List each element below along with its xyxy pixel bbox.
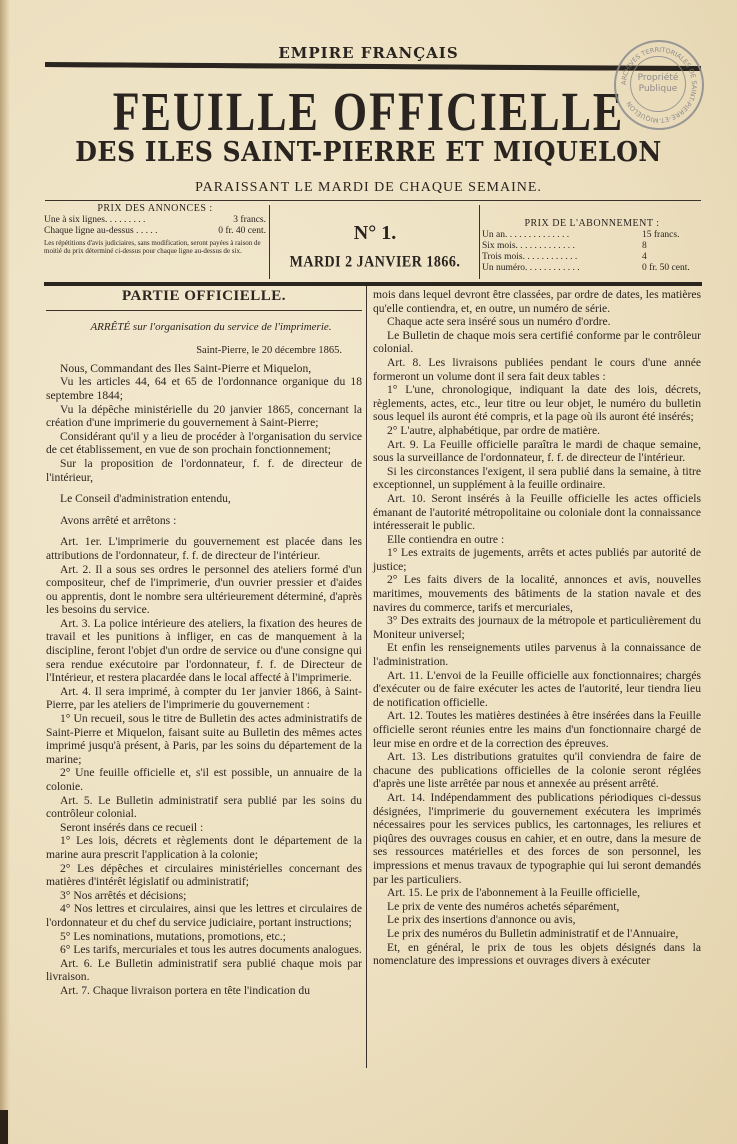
article-9: Art. 9. La Feuille officielle paraîtra l… xyxy=(373,438,701,465)
paragraph: 1° Un recueil, sous le titre de Bulletin… xyxy=(46,712,362,766)
box-divider xyxy=(479,205,480,279)
paragraph: 2° Les faits divers de la localité, anno… xyxy=(373,573,701,614)
section-title: PARTIE OFFICIELLE. xyxy=(46,288,362,311)
paragraph: 2° Une feuille officielle et, s'il est p… xyxy=(46,766,362,793)
abonnement-row: Six mois. . . . . . . . . . . . .8 xyxy=(482,241,702,252)
paragraph: Nous, Commandant des Iles Saint-Pierre e… xyxy=(46,362,362,376)
article-4: Art. 4. Il sera imprimé, à compter du 1e… xyxy=(46,685,362,712)
article-11: Art. 11. L'envoi de la Feuille officiell… xyxy=(373,669,701,710)
annonces-note: Les répétitions d'avis judiciaires, sans… xyxy=(44,239,266,255)
paragraph: Le prix des numéros du Bulletin administ… xyxy=(373,927,701,941)
article-15: Art. 15. Le prix de l'abonnement à la Fe… xyxy=(373,886,701,900)
paragraph: 6° Les tarifs, mercuriales et tous les a… xyxy=(46,943,362,957)
article-14: Art. 14. Indépendamment des publications… xyxy=(373,791,701,886)
paragraph: Le Bulletin de chaque mois sera certifié… xyxy=(373,329,701,356)
paragraph: 3° Des extraits des journaux de la métro… xyxy=(373,614,701,641)
paragraph: Chaque acte sera inséré sous un numéro d… xyxy=(373,315,701,329)
issue-info: N° 1. MARDI 2 JANVIER 1866. xyxy=(272,222,478,271)
newspaper-page: EMPIRE FRANÇAIS FEUILLE OFFICIELLE DES I… xyxy=(0,0,737,1144)
paragraph: 2° Les dépêches et circulaires ministéri… xyxy=(46,862,362,889)
article-6: Art. 6. Le Bulletin administratif sera p… xyxy=(46,957,362,984)
place-date: Saint-Pierre, le 20 décembre 1865. xyxy=(46,344,362,358)
archive-stamp: ARCHIVES TERRITORIALES DE SAINT-PIERRE-E… xyxy=(614,40,704,130)
abonnement-row: Un numéro. . . . . . . . . . . .0 fr. 50… xyxy=(482,263,702,274)
paragraph: Et enfin les renseignements utiles parve… xyxy=(373,641,701,668)
abonnement-heading: PRIX DE L'ABONNEMENT : xyxy=(482,218,702,229)
annonces-row: Une à six lignes. . . . . . . . . 3 fran… xyxy=(44,215,266,226)
paragraph: Seront insérés dans ce recueil : xyxy=(46,821,362,835)
section-rule xyxy=(44,282,702,286)
paragraph: 1° Les lois, décrets et règlements dont … xyxy=(46,834,362,861)
article-10: Art. 10. Seront insérés à la Feuille off… xyxy=(373,492,701,533)
paragraph: 1° Les extraits de jugements, arrêts et … xyxy=(373,546,701,573)
binding-shadow xyxy=(0,1110,8,1144)
paragraph: 2° L'autre, alphabétique, par ordre de m… xyxy=(373,424,701,438)
article-1: Art. 1er. L'imprimerie du gouvernement e… xyxy=(46,535,362,562)
paragraph: 3° Nos arrêtés et décisions; xyxy=(46,889,362,903)
paragraph: Le prix des insertions d'annonce ou avis… xyxy=(373,913,701,927)
paragraph: Si les circonstances l'exigent, il sera … xyxy=(373,465,701,492)
column-divider xyxy=(366,286,367,1068)
abonnement-price-box: PRIX DE L'ABONNEMENT : Un an. . . . . . … xyxy=(482,218,702,274)
abonnement-row: Trois mois. . . . . . . . . . . .4 xyxy=(482,252,702,263)
annonces-heading: PRIX DES ANNONCES : xyxy=(44,203,266,214)
header-rule xyxy=(45,62,701,71)
arrete-heading: ARRÊTÉ sur l'organisation du service de … xyxy=(46,321,362,335)
issue-date: MARDI 2 JANVIER 1866. xyxy=(272,254,478,272)
annonces-row: Chaque ligne au-dessus . . . . . 0 fr. 4… xyxy=(44,226,266,237)
paragraph: Considérant qu'il y a lieu de procéder à… xyxy=(46,430,362,457)
paragraph: Vu les articles 44, 64 et 65 de l'ordonn… xyxy=(46,375,362,402)
article-7: Art. 7. Chaque livraison portera en tête… xyxy=(46,984,362,998)
abonnement-row: Un an. . . . . . . . . . . . . .15 franc… xyxy=(482,230,702,241)
article-8: Art. 8. Les livraisons publiées pendant … xyxy=(373,356,701,383)
paragraph: Sur la proposition de l'ordonnateur, f. … xyxy=(46,457,362,484)
paragraph: Le prix de vente des numéros achetés sép… xyxy=(373,900,701,914)
left-column: PARTIE OFFICIELLE. ARRÊTÉ sur l'organisa… xyxy=(46,288,362,998)
stamp-line-2: Publique xyxy=(639,84,678,95)
paragraph: Elle contiendra en outre : xyxy=(373,533,701,547)
publication-frequency: PARAISSANT LE MARDI DE CHAQUE SEMAINE. xyxy=(0,180,737,196)
paragraph: 4° Nos lettres et circulaires, ainsi que… xyxy=(46,902,362,929)
paragraph: Vu la dépêche ministérielle du 20 janvie… xyxy=(46,403,362,430)
article-5: Art. 5. Le Bulletin administratif sera p… xyxy=(46,794,362,821)
newspaper-subtitle: DES ILES SAINT-PIERRE ET MIQUELON xyxy=(26,137,711,168)
article-13: Art. 13. Les distributions gratuites qu'… xyxy=(373,750,701,791)
annonces-price-box: PRIX DES ANNONCES : Une à six lignes. . … xyxy=(44,203,266,255)
stamp-line-1: Propriété xyxy=(638,73,679,84)
box-divider xyxy=(269,205,270,279)
paragraph: Avons arrêté et arrêtons : xyxy=(46,514,362,528)
article-3: Art. 3. La police intérieure des atelier… xyxy=(46,617,362,685)
subtitle-rule xyxy=(45,200,701,201)
paragraph: mois dans lequel devront être classées, … xyxy=(373,288,701,315)
stamp-center: Propriété Publique xyxy=(630,56,686,112)
right-column: mois dans lequel devront être classées, … xyxy=(373,288,701,968)
paragraph: Et, en général, le prix de tous les obje… xyxy=(373,941,701,968)
binding-edge xyxy=(0,0,10,1144)
article-12: Art. 12. Toutes les matières destinées à… xyxy=(373,709,701,750)
paragraph: 1° L'une, chronologique, indiquant la da… xyxy=(373,383,701,424)
paragraph: Le Conseil d'administration entendu, xyxy=(46,492,362,506)
issue-number: N° 1. xyxy=(272,222,478,245)
paragraph: 5° Les nominations, mutations, promotion… xyxy=(46,930,362,944)
article-2: Art. 2. Il a sous ses ordres le personne… xyxy=(46,563,362,617)
